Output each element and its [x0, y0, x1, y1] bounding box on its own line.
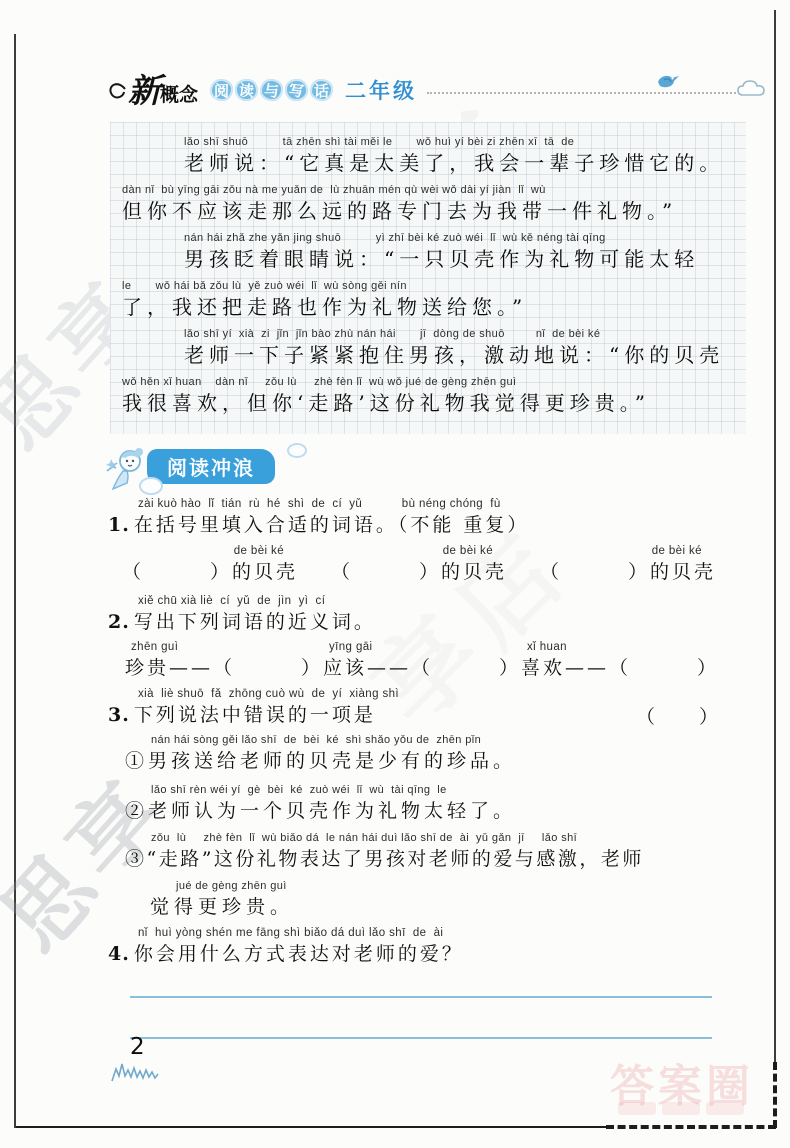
blank-item: de bèi ké （ ）的贝壳	[331, 544, 507, 585]
page-header: 新 概念 阅 读 与 写 话 二年级	[106, 68, 748, 112]
scan-border-right	[774, 10, 776, 1062]
option-3-pinyin: zǒu lù zhè fèn lǐ wù biǎo dá le nán hái …	[125, 831, 644, 846]
scan-border-bottom	[16, 1126, 606, 1128]
blank-text: （ ）的贝壳	[540, 559, 716, 585]
passage-line: lǎo shī shuō tā zhēn shì tài měi le wǒ h…	[122, 135, 736, 177]
series-char-bubble: 与	[260, 79, 283, 101]
option-3-continued: jué de gèng zhēn guì 觉得更珍贵。	[150, 879, 294, 920]
grade-label: 二年级	[345, 75, 417, 105]
cloud-puff	[139, 477, 163, 495]
blank-item: de bèi ké （ ）的贝壳	[122, 544, 298, 585]
pinyin-line: dàn nǐ bù yīng gāi zǒu nà me yuǎn de lù …	[122, 183, 736, 198]
option-2: lǎo shī rèn wéi yí gè bèi ké zuò wéi lǐ …	[125, 783, 516, 824]
blank-item: de bèi ké （ ）的贝壳	[540, 544, 716, 585]
dotted-wave-line	[427, 92, 748, 94]
answer-line-1	[130, 996, 712, 998]
passage-line: wǒ hěn xǐ huan dàn nǐ zǒu lù zhè fèn lǐ …	[122, 375, 736, 417]
passage-line: le wǒ hái bǎ zǒu lù yě zuò wéi lǐ wù sòn…	[122, 279, 736, 321]
synonym-pinyin: xǐ huan	[521, 640, 719, 655]
reading-surf-badge: 阅读冲浪	[103, 441, 303, 493]
question-number: 2.	[108, 611, 130, 633]
synonym-text: 珍贵——（ ）	[125, 655, 323, 681]
synonym-item: zhēn guì 珍贵——（ ）	[125, 640, 323, 681]
question-2-pinyin: xiě chū xià liè cí yǔ de jìn yì cí	[108, 594, 376, 609]
pinyin-line: nán hái zhǎ zhe yǎn jing shuō yì zhī bèi…	[184, 231, 736, 246]
pinyin-line: lǎo shī shuō tā zhēn shì tài měi le wǒ h…	[184, 135, 736, 150]
pinyin-line: lǎo shī yí xià zi jǐn jǐn bào zhù nán há…	[184, 327, 736, 342]
question-3-text: 3.下列说法中错误的一项是	[108, 702, 376, 729]
hanzi-line: 老师说：“它真是太美了，我会一辈子珍惜它的。	[184, 150, 736, 177]
question-1: zài kuò hào lǐ tián rù hé shì de cí yǔ b…	[108, 497, 529, 538]
header-divider	[427, 78, 748, 102]
brand-logo: 新 概念	[106, 74, 198, 107]
blank-text: （ ）的贝壳	[331, 559, 507, 585]
option-2-pinyin: lǎo shī rèn wéi yí gè bèi ké zuò wéi lǐ …	[125, 783, 516, 798]
question-2-items: zhēn guì 珍贵——（ ） yīng gāi 应该——（ ） xǐ hua…	[125, 640, 717, 681]
synonym-pinyin: zhēn guì	[125, 640, 323, 655]
option-1-text: ①男孩送给老师的贝壳是少有的珍品。	[125, 748, 516, 774]
option-1-pinyin: nán hái sòng gěi lǎo shī de bèi ké shì s…	[125, 733, 516, 748]
badge-label: 阅读冲浪	[147, 449, 275, 484]
blank-pinyin: de bèi ké	[331, 544, 507, 559]
synonym-text: 应该——（ ）	[323, 655, 521, 681]
cloud-puff	[287, 443, 307, 458]
option-3: zǒu lù zhè fèn lǐ wù biǎo dá le nán hái …	[125, 831, 644, 872]
logo-text-gainian: 概念	[160, 83, 198, 107]
cloud-icon	[735, 78, 769, 98]
series-char-bubble: 写	[284, 78, 309, 102]
question-1-pinyin: zài kuò hào lǐ tián rù hé shì de cí yǔ b…	[108, 497, 529, 512]
series-title: 阅 读 与 写 话	[210, 79, 335, 101]
pinyin-line: le wǒ hái bǎ zǒu lù yě zuò wéi lǐ wù sòn…	[122, 279, 736, 294]
option-2-text: ②老师认为一个贝壳作为礼物太轻了。	[125, 798, 516, 824]
question-2: xiě chū xià liè cí yǔ de jìn yì cí 2.写出下…	[108, 594, 376, 635]
logo-text-xin: 新	[128, 74, 159, 107]
series-char-bubble: 话	[310, 79, 333, 101]
blank-pinyin: de bèi ké	[122, 544, 298, 559]
synonym-text: 喜欢——（ ）	[521, 655, 719, 681]
scan-border-left	[14, 34, 16, 1128]
synonym-item: xǐ huan 喜欢——（ ）	[521, 640, 719, 681]
option-3-cont-pinyin: jué de gèng zhēn guì	[150, 879, 294, 894]
passage-line: dàn nǐ bù yīng gāi zǒu nà me yuǎn de lù …	[122, 183, 736, 225]
question-2-text: 2.写出下列词语的近义词。	[108, 609, 376, 635]
question-number: 1.	[108, 514, 130, 536]
scan-border-right-dashed	[773, 1062, 777, 1128]
question-1-blanks: de bèi ké （ ）的贝壳 de bèi ké （ ）的贝壳 de bèi…	[122, 544, 716, 585]
question-number: 4.	[108, 943, 130, 965]
question-4: nǐ huì yòng shén me fāng shì biǎo dá duì…	[108, 926, 464, 967]
synonym-pinyin: yīng gāi	[323, 640, 521, 655]
watermark-corner-red-subline	[618, 1102, 744, 1115]
bird-icon	[655, 72, 681, 92]
hanzi-line: 老师一下子紧紧抱住男孩，激动地说：“你的贝壳	[184, 342, 736, 369]
zigzag-mountains-icon	[111, 1061, 161, 1083]
hanzi-line: 我很喜欢，但你‘走路’这份礼物我觉得更珍贵。”	[122, 390, 736, 417]
question-4-pinyin: nǐ huì yòng shén me fāng shì biǎo dá duì…	[108, 926, 464, 941]
blank-pinyin: de bèi ké	[540, 544, 716, 559]
passage-line: nán hái zhǎ zhe yǎn jing shuō yì zhī bèi…	[122, 231, 736, 273]
page-number: 2	[130, 1034, 145, 1060]
reading-passage-panel: lǎo shī shuō tā zhēn shì tài měi le wǒ h…	[110, 122, 746, 434]
question-3-pinyin: xià liè shuō fǎ zhōng cuò wù de yí xiàng…	[108, 687, 720, 702]
question-1-text: 1.在括号里填入合适的词语。（不能 重复）	[108, 512, 529, 538]
question-3: xià liè shuō fǎ zhōng cuò wù de yí xiàng…	[108, 687, 720, 729]
option-3-cont-text: 觉得更珍贵。	[150, 894, 294, 920]
question-number: 3.	[108, 704, 130, 726]
question-4-text: 4.你会用什么方式表达对老师的爱？	[108, 941, 464, 967]
option-1: nán hái sòng gěi lǎo shī de bèi ké shì s…	[125, 733, 516, 774]
passage-line: lǎo shī yí xià zi jǐn jǐn bào zhù nán há…	[122, 327, 736, 369]
series-char-bubble: 读	[234, 78, 259, 102]
series-char-bubble: 阅	[210, 79, 233, 101]
logo-flourish-icon	[106, 81, 128, 107]
answer-line-2	[130, 1037, 712, 1039]
hanzi-line: 但你不应该走那么远的路专门去为我带一件礼物。”	[122, 198, 736, 225]
scan-border-bottom-dashed	[606, 1125, 776, 1129]
synonym-item: yīng gāi 应该——（ ）	[323, 640, 521, 681]
pinyin-line: wǒ hěn xǐ huan dàn nǐ zǒu lù zhè fèn lǐ …	[122, 375, 736, 390]
option-3-text: ③“走路”这份礼物表达了男孩对老师的爱与感激，老师	[125, 846, 644, 872]
answer-parentheses: （ ）	[636, 702, 720, 729]
hanzi-line: 男孩眨着眼睛说：“一只贝壳作为礼物可能太轻	[184, 246, 736, 273]
blank-text: （ ）的贝壳	[122, 559, 298, 585]
hanzi-line: 了，我还把走路也作为礼物送给您。”	[122, 294, 736, 321]
